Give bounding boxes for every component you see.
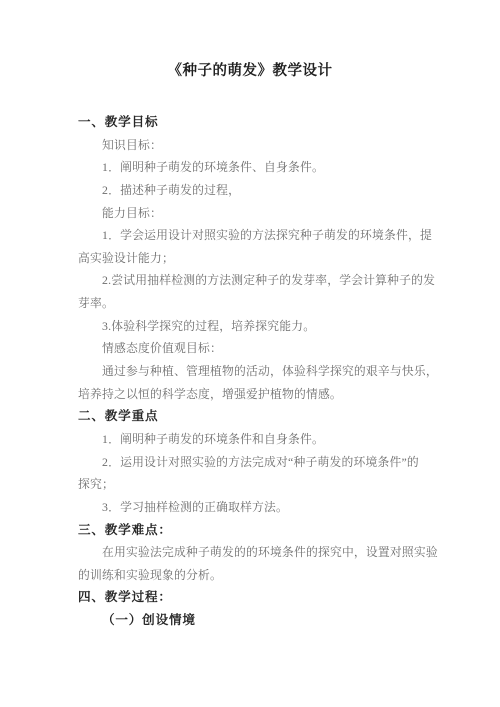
text-line-difficulty-cont: 的训练和实验现象的分析。 (78, 564, 434, 587)
text-line-ability-goal-1-cont: 高实验设计能力； (78, 247, 434, 270)
text-line-knowledge-goal-1: 1．阐明种子萌发的环境条件、自身条件。 (78, 156, 434, 179)
subsection-heading-create-situation: （一）创设情境 (78, 609, 434, 632)
document-page: 《种子的萌发》教学设计 一、教学目标 知识目标： 1．阐明种子萌发的环境条件、自… (0, 0, 500, 707)
section-heading-teaching-process: 四、教学过程： (78, 586, 434, 609)
text-line-ability-goal-3: 3.体验科学探究的过程，培养探究能力。 (78, 315, 434, 338)
text-line-key-point-2: 2．运用设计对照实验的方法完成对“种子萌发的环境条件”的 (78, 451, 434, 474)
text-line-ability-goal-2: 2.尝试用抽样检测的方法测定种子的发芽率，学会计算种子的发 (78, 269, 434, 292)
text-line-key-point-1: 1．阐明种子萌发的环境条件和自身条件。 (78, 428, 434, 451)
text-line-emotion-goals-label: 情感态度价值观目标： (78, 337, 434, 360)
document-body: 一、教学目标 知识目标： 1．阐明种子萌发的环境条件、自身条件。 2．描述种子萌… (78, 111, 434, 632)
text-line-emotion-goal: 通过参与种植、管理植物的活动，体验科学探究的艰辛与快乐， (78, 360, 434, 383)
document-title: 《种子的萌发》教学设计 (0, 62, 500, 81)
text-line-key-point-2-cont: 探究； (78, 473, 434, 496)
text-line-ability-goal-2-cont: 芽率。 (78, 292, 434, 315)
text-line-difficulty: 在用实验法完成种子萌发的的环境条件的探究中，设置对照实验 (78, 541, 434, 564)
text-line-emotion-goal-cont: 培养持之以恒的科学态度，增强爱护植物的情感。 (78, 383, 434, 406)
text-line-knowledge-goal-2: 2．描述种子萌发的过程， (78, 179, 434, 202)
text-line-ability-goal-1: 1．学会运用设计对照实验的方法探究种子萌发的环境条件，提 (78, 224, 434, 247)
section-heading-teaching-key-points: 二、教学重点 (78, 405, 434, 428)
text-line-knowledge-goals-label: 知识目标： (78, 134, 434, 157)
section-heading-teaching-goals: 一、教学目标 (78, 111, 434, 134)
text-line-key-point-3: 3．学习抽样检测的正确取样方法。 (78, 496, 434, 519)
section-heading-teaching-difficulties: 三、教学难点： (78, 519, 434, 542)
text-line-ability-goals-label: 能力目标： (78, 202, 434, 225)
